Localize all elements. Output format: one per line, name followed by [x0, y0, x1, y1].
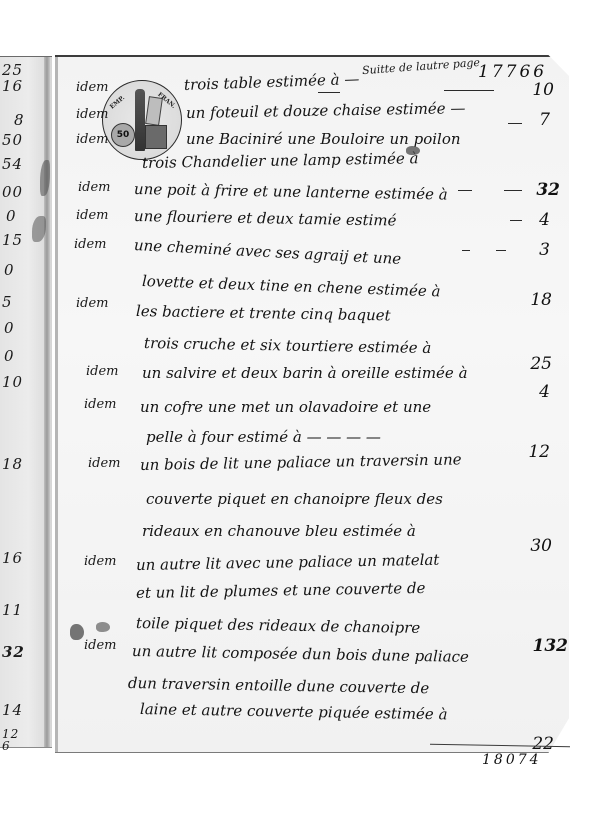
margin-idem: idem	[76, 296, 109, 311]
stamp-value: 50	[111, 123, 135, 147]
filler-dash	[510, 220, 522, 221]
filler-dash	[462, 250, 470, 251]
stamp-altar	[145, 125, 167, 149]
line-amount: 132	[518, 636, 568, 656]
margin-idem: idem	[76, 107, 109, 122]
filler-dash	[508, 123, 522, 124]
prev-page-number: 50	[2, 131, 23, 149]
margin-idem: idem	[76, 208, 109, 223]
prev-page-number: 32	[2, 643, 25, 661]
inventory-line: un cofre une met un olavadoire et une	[140, 398, 431, 416]
line-amount: 22	[504, 734, 554, 754]
margin-idem: idem	[76, 132, 109, 147]
stamp-tablet	[145, 96, 163, 126]
line-amount: 4	[500, 210, 550, 230]
prev-page-number: 00	[2, 183, 23, 201]
prev-page-number: 16	[2, 77, 23, 95]
page-total: 18074	[482, 752, 542, 768]
margin-idem: idem	[84, 397, 117, 412]
prev-page-number: 10	[2, 373, 23, 391]
filler-dash	[458, 190, 472, 191]
line-amount: 10	[504, 80, 554, 100]
line-amount: 12	[500, 442, 550, 462]
line-amount: 4	[500, 382, 550, 402]
stamp-figure	[135, 89, 145, 151]
inventory-line: une Baciniré une Bouloire un poilon	[186, 130, 461, 148]
scanned-document: 25 16 8 50 54 00 0 15 0 5 0 0 10 18 16 1…	[0, 0, 609, 839]
margin-idem: idem	[84, 638, 117, 653]
line-amount: 25	[502, 354, 552, 374]
prev-page-number: 5	[2, 293, 13, 311]
margin-idem: idem	[76, 80, 109, 95]
filler-dash	[496, 250, 506, 251]
filler-dash	[318, 92, 340, 93]
page-inner-edge	[55, 57, 58, 752]
prev-page-number: 15	[2, 231, 23, 249]
prev-page-number: 54	[2, 155, 23, 173]
carried-forward-total: 17766	[478, 62, 547, 82]
prev-page-number: 14	[2, 701, 23, 719]
inventory-line: pelle à four estimé à — — — —	[146, 428, 381, 446]
margin-idem: idem	[74, 237, 107, 252]
tax-stamp-seal-icon: 50 EMP. FRAN.	[102, 80, 182, 160]
line-amount: 18	[502, 290, 552, 310]
prev-page-number: 11	[2, 601, 23, 619]
ink-blot	[70, 624, 84, 640]
margin-idem: idem	[86, 364, 119, 379]
inventory-line: un salvire et deux barin à oreille estim…	[142, 364, 468, 382]
ink-blot	[406, 146, 420, 155]
prev-page-number: 0	[6, 207, 17, 225]
prev-page-number: 16	[2, 549, 23, 567]
prev-page-number: 0	[4, 319, 15, 337]
prev-page-number: 18	[2, 455, 23, 473]
filler-dash	[444, 90, 494, 91]
margin-idem: idem	[84, 554, 117, 569]
margin-idem: idem	[78, 180, 111, 195]
ink-blot	[96, 622, 110, 632]
line-amount: 7	[500, 110, 550, 130]
prev-page-number: 6	[2, 739, 11, 753]
line-amount: 3	[500, 240, 550, 260]
prev-page-number: 0	[4, 261, 15, 279]
inventory-line: rideaux en chanouve bleu estimée à	[142, 522, 416, 540]
inventory-line: couverte piquet en chanoipre fleux des	[146, 490, 443, 508]
line-amount: 30	[502, 536, 552, 556]
prev-page-number: 8	[14, 111, 25, 129]
prev-page-number: 0	[4, 347, 15, 365]
filler-dash	[504, 190, 522, 191]
stamp-legend-left: EMP.	[109, 94, 126, 110]
margin-idem: idem	[88, 456, 121, 471]
